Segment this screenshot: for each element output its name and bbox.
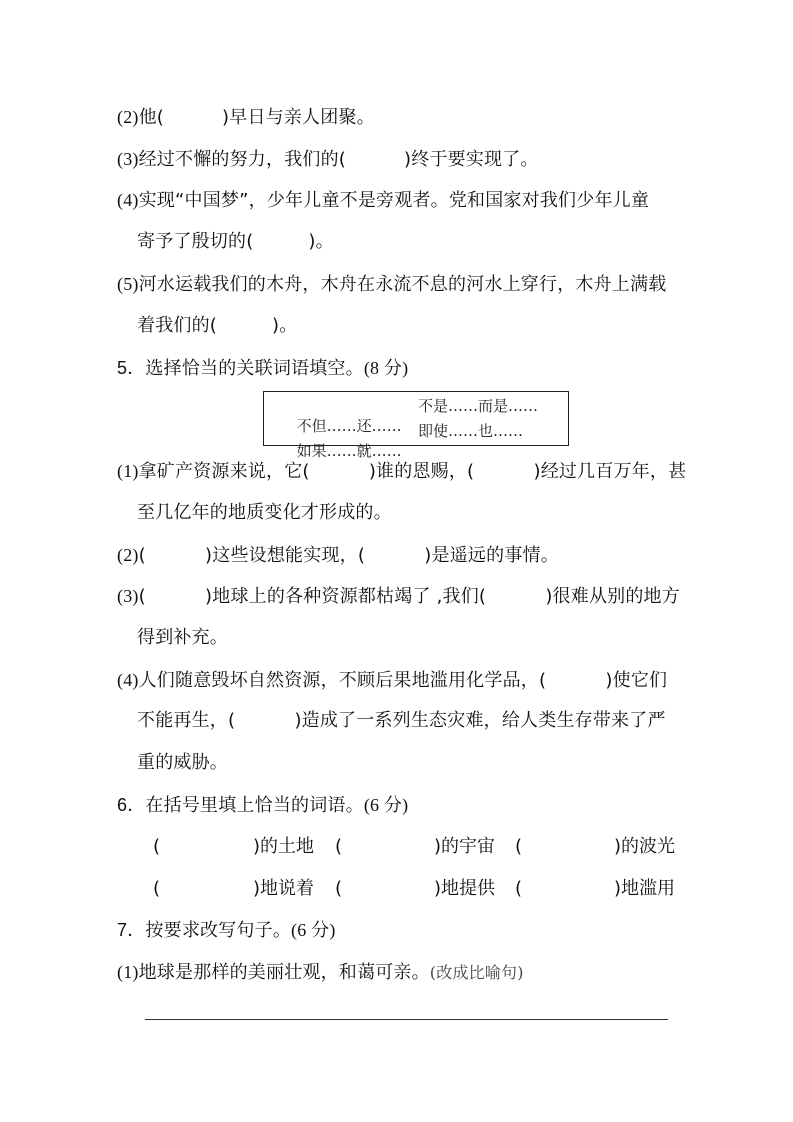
q6-blank-3[interactable]: ( [515,835,522,859]
q5-item-2: (2)( )这些设想能实现，( )是遥远的事情。 [117,543,559,568]
q6-word-2: )的宇宙 [434,835,495,859]
option-jishi-ye: 即使……也…… [418,421,523,441]
q5-item-3: (3)( )地球上的各种资源都枯竭了 ,我们( )很难从别的地方 [117,584,680,609]
q4-item-3: (3)经过不懈的努力，我们的()终于要实现了。 [117,147,539,172]
q4-item-2: (2)他()早日与亲人团聚。 [117,105,375,130]
q7-heading: 7．按要求改写句子。(6 分) [117,918,336,943]
q5-item-4: (4)人们随意毁坏自然资源，不顾后果地滥用化学品，( )使它们 [117,668,667,693]
q4-item-4-cont: 寄予了殷切的()。 [137,230,334,254]
q5-item-1: (1)拿矿产资源来说，它( )谁的恩赐，( )经过几百万年，甚 [117,459,686,484]
q6-word-5: )地提供 [434,877,495,901]
instruction-hint: (改成比喻句) [430,963,524,982]
q6-word-6: )地滥用 [614,877,675,901]
worksheet-page: (2)他()早日与亲人团聚。 (3)经过不懈的努力，我们的()终于要实现了。 (… [0,0,793,1122]
q6-heading: 6．在括号里填上恰当的词语。(6 分) [117,793,408,818]
q6-blank-2[interactable]: ( [335,835,342,859]
q4-item-4: (4)实现“中国梦”，少年儿童不是旁观者。党和国家对我们少年儿童 [117,188,649,213]
q5-item-4-cont: 不能再生，( )造成了一系列生态灾难，给人类生存带来了严 [137,709,666,733]
q7-item-1: (1)地球是那样的美丽壮观，和蔼可亲。(改成比喻句) [117,960,524,985]
q5-item-1-cont: 至几亿年的地质变化才形成的。 [137,501,392,525]
q6-word-4: )地说着 [253,877,314,901]
answer-writing-line[interactable] [145,1019,668,1020]
conjunction-options-box: 不但……还…… 不是……而是…… 如果……就…… 即使……也…… [263,391,569,446]
q6-word-3: )的波光 [614,835,675,859]
q6-blank-4[interactable]: ( [153,877,160,901]
q6-blank-6[interactable]: ( [515,877,522,901]
q6-blank-1[interactable]: ( [153,835,160,859]
q4-item-5-cont: 着我们的()。 [137,314,297,338]
option-bushi-ershi: 不是……而是…… [418,396,538,416]
q5-heading: 5．选择恰当的关联词语填空。(8 分) [117,356,408,381]
q4-item-5: (5)河水运载我们的木舟，木舟在永流不息的河水上穿行，木舟上满载 [117,272,666,297]
q5-item-3-cont: 得到补充。 [137,626,228,650]
q5-item-4-cont2: 重的威胁。 [137,751,228,775]
option-ruguo-jiu: 如果……就…… [297,441,402,461]
q6-blank-5[interactable]: ( [335,877,342,901]
q6-word-1: )的土地 [253,835,314,859]
